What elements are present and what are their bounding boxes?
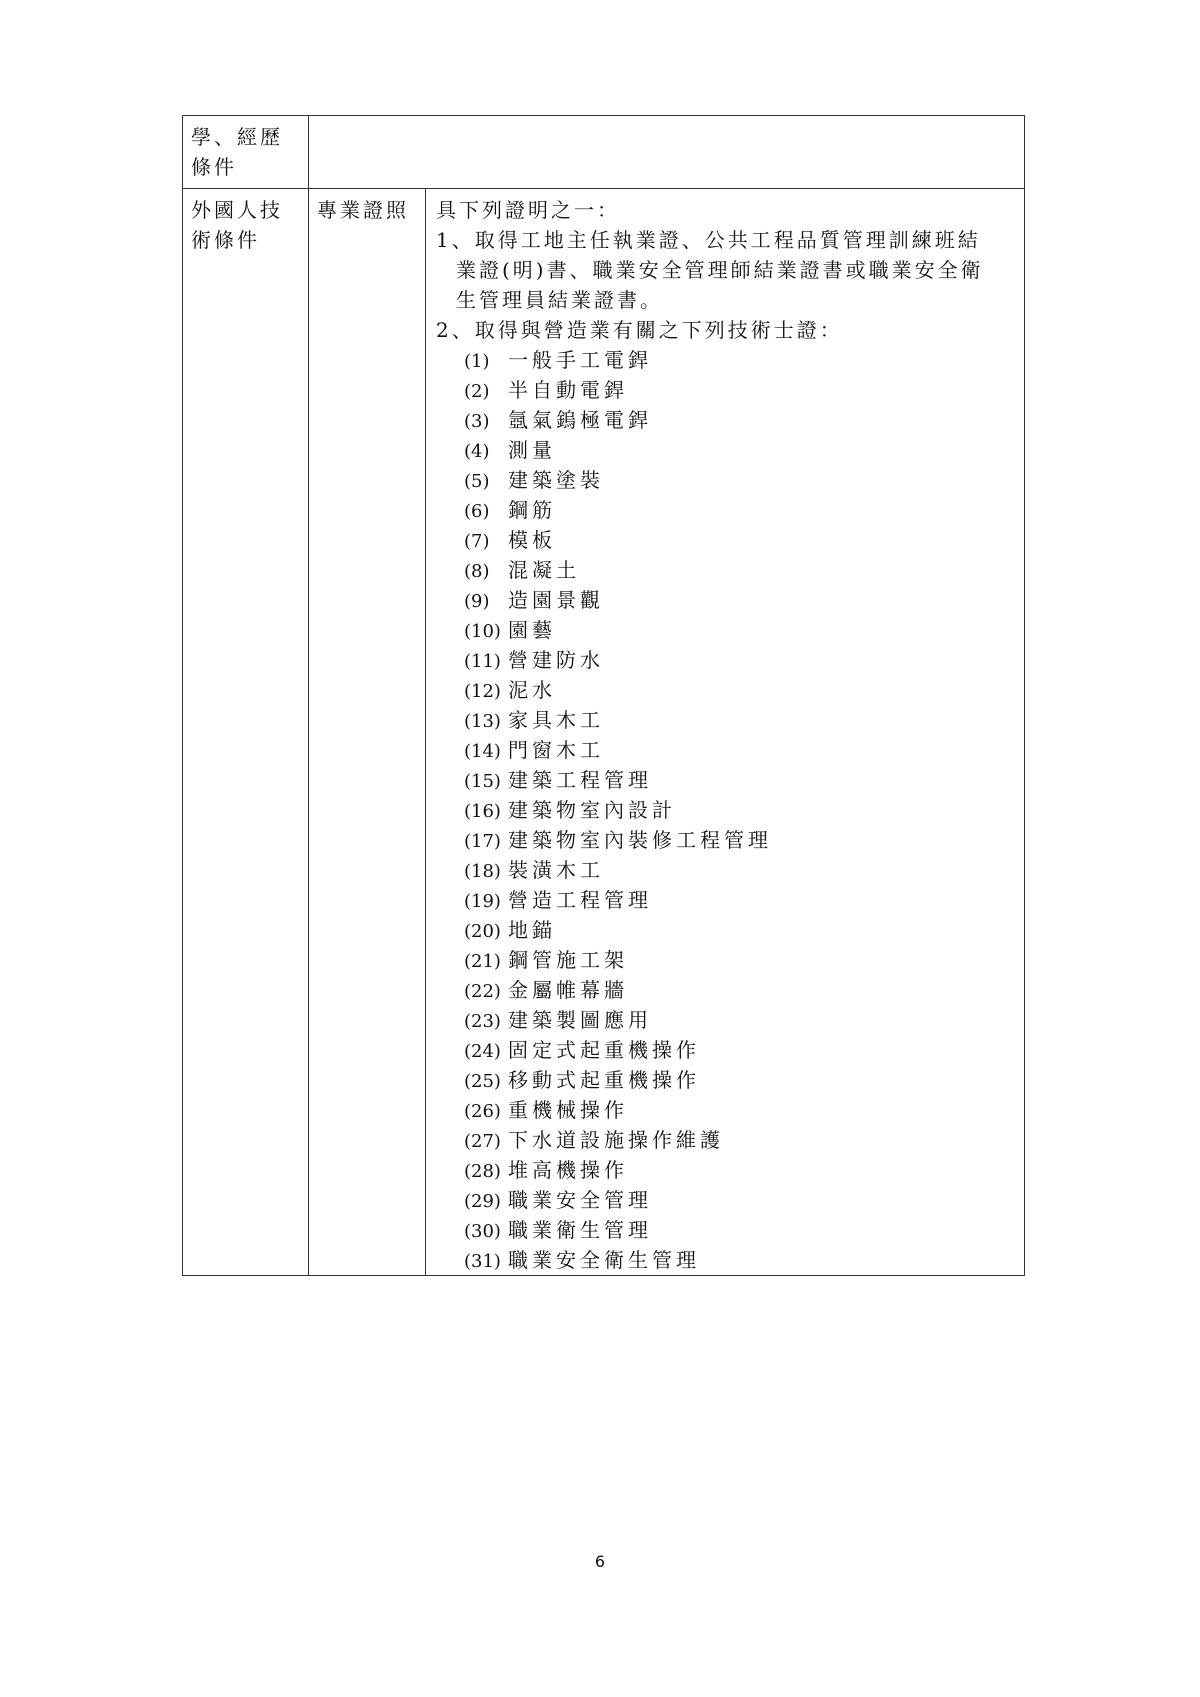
certificate-item: (28)堆高機操作	[464, 1155, 1016, 1185]
certificate-name: 泥水	[508, 678, 556, 702]
certificate-item: (29)職業安全管理	[464, 1185, 1016, 1215]
certificate-name: 職業衛生管理	[508, 1218, 652, 1242]
certificate-name: 建築物室內設計	[508, 798, 676, 822]
certificate-name: 測量	[508, 438, 556, 462]
certificate-number: (7)	[464, 527, 508, 557]
certificate-name: 半自動電銲	[508, 378, 628, 402]
certificate-list: (1)一般手工電銲(2)半自動電銲(3)氬氣鎢極電銲(4)測量(5)建築塗裝(6…	[432, 345, 1016, 1275]
certificate-number: (26)	[464, 1097, 508, 1127]
certificate-number: (19)	[464, 887, 508, 917]
certificate-item: (24)固定式起重機操作	[464, 1035, 1016, 1065]
certificate-number: (18)	[464, 857, 508, 887]
certificate-item: (27)下水道設施操作維護	[464, 1125, 1016, 1155]
certificate-name: 造園景觀	[508, 588, 604, 612]
certificate-item: (14)門窗木工	[464, 735, 1016, 765]
certificate-number: (31)	[464, 1247, 508, 1277]
certificate-name: 模板	[508, 528, 556, 552]
table-row: 外國人技 術條件 專業證照 具下列證明之一： 1、取得工地主任執業證、公共工程品…	[183, 189, 1025, 1276]
certificate-item: (15)建築工程管理	[464, 765, 1016, 795]
certificate-name: 金屬帷幕牆	[508, 978, 628, 1002]
certificate-item: (5)建築塗裝	[464, 465, 1016, 495]
certificate-item: (7)模板	[464, 525, 1016, 555]
certificate-item: (23)建築製圖應用	[464, 1005, 1016, 1035]
certificate-name: 家具木工	[508, 708, 604, 732]
certificate-name: 鋼筋	[508, 498, 556, 522]
certificate-item: (19)營造工程管理	[464, 885, 1016, 915]
requirement-item-1: 1、取得工地主任執業證、公共工程品質管理訓練班結 業證(明)書、職業安全管理師結…	[432, 225, 1016, 315]
professional-license-label-cell: 專業證照	[309, 189, 426, 1276]
certificate-name: 建築塗裝	[508, 468, 604, 492]
requirement-item-2: 2、取得與營造業有關之下列技術士證：	[432, 315, 1016, 345]
education-experience-label-cell: 學、經歷 條件	[183, 116, 309, 189]
certificate-name: 氬氣鎢極電銲	[508, 408, 652, 432]
certificate-name: 建築工程管理	[508, 768, 652, 792]
certificate-number: (11)	[464, 647, 508, 677]
certificate-number: (6)	[464, 497, 508, 527]
education-experience-content-cell	[309, 116, 1025, 189]
certificate-item: (18)裝潢木工	[464, 855, 1016, 885]
certificate-name: 建築物室內裝修工程管理	[508, 828, 772, 852]
certificate-number: (29)	[464, 1187, 508, 1217]
certificate-number: (4)	[464, 437, 508, 467]
label-line: 學、經歷	[191, 122, 300, 152]
certificate-name: 下水道設施操作維護	[508, 1128, 724, 1152]
certificate-name: 門窗木工	[508, 738, 604, 762]
certificate-name: 混凝土	[508, 558, 580, 582]
page-number: 6	[0, 1552, 1200, 1571]
certificate-item: (26)重機械操作	[464, 1095, 1016, 1125]
document-page: 學、經歷 條件 外國人技 術條件 專業證照 具下列證明之一： 1、取	[0, 0, 1200, 1697]
certificate-number: (2)	[464, 377, 508, 407]
certificate-name: 固定式起重機操作	[508, 1038, 700, 1062]
certificate-item: (20)地錨	[464, 915, 1016, 945]
certificate-name: 鋼管施工架	[508, 948, 628, 972]
certificate-item: (6)鋼筋	[464, 495, 1016, 525]
certificate-number: (13)	[464, 707, 508, 737]
certificate-number: (9)	[464, 587, 508, 617]
requirements-table: 學、經歷 條件 外國人技 術條件 專業證照 具下列證明之一： 1、取	[182, 115, 1025, 1276]
certificate-item: (11)營建防水	[464, 645, 1016, 675]
certificate-name: 營建防水	[508, 648, 604, 672]
certificate-name: 建築製圖應用	[508, 1008, 652, 1032]
certificate-number: (28)	[464, 1157, 508, 1187]
certificate-item: (8)混凝土	[464, 555, 1016, 585]
certificate-number: (24)	[464, 1037, 508, 1067]
certificate-number: (14)	[464, 737, 508, 767]
certificate-number: (17)	[464, 827, 508, 857]
certificate-item: (30)職業衛生管理	[464, 1215, 1016, 1245]
certificate-item: (17)建築物室內裝修工程管理	[464, 825, 1016, 855]
certificate-name: 一般手工電銲	[508, 348, 652, 372]
certificate-name: 職業安全衛生管理	[508, 1248, 700, 1272]
requirement-item-1-line: 生管理員結業證書。	[436, 285, 1016, 315]
certificate-item: (16)建築物室內設計	[464, 795, 1016, 825]
requirement-item-1-line: 1、取得工地主任執業證、公共工程品質管理訓練班結	[436, 225, 1016, 255]
certificate-item: (3)氬氣鎢極電銲	[464, 405, 1016, 435]
certificate-number: (10)	[464, 617, 508, 647]
certificate-number: (3)	[464, 407, 508, 437]
certificate-number: (22)	[464, 977, 508, 1007]
certificate-number: (20)	[464, 917, 508, 947]
certificate-name: 營造工程管理	[508, 888, 652, 912]
certificate-name: 地錨	[508, 918, 556, 942]
certificate-number: (12)	[464, 677, 508, 707]
certificate-item: (1)一般手工電銲	[464, 345, 1016, 375]
certificate-item: (25)移動式起重機操作	[464, 1065, 1016, 1095]
certificate-item: (22)金屬帷幕牆	[464, 975, 1016, 1005]
certificate-item: (9)造園景觀	[464, 585, 1016, 615]
certificate-item: (2)半自動電銲	[464, 375, 1016, 405]
certificate-name: 堆高機操作	[508, 1158, 628, 1182]
certificate-number: (15)	[464, 767, 508, 797]
intro-text: 具下列證明之一：	[432, 195, 1016, 225]
certificate-item: (31)職業安全衛生管理	[464, 1245, 1016, 1275]
label-line: 術條件	[191, 225, 300, 255]
certificate-name: 裝潢木工	[508, 858, 604, 882]
professional-license-label: 專業證照	[309, 189, 425, 227]
certificate-item: (10)園藝	[464, 615, 1016, 645]
certificate-number: (23)	[464, 1007, 508, 1037]
certificate-name: 園藝	[508, 618, 556, 642]
table-row: 學、經歷 條件	[183, 116, 1025, 189]
certificate-item: (13)家具木工	[464, 705, 1016, 735]
certificate-name: 移動式起重機操作	[508, 1068, 700, 1092]
certificate-number: (5)	[464, 467, 508, 497]
certificate-name: 重機械操作	[508, 1098, 628, 1122]
certificate-number: (27)	[464, 1127, 508, 1157]
certificate-number: (21)	[464, 947, 508, 977]
requirement-item-1-line: 業證(明)書、職業安全管理師結業證書或職業安全衛	[436, 255, 1016, 285]
label-line: 外國人技	[191, 195, 300, 225]
certificate-number: (25)	[464, 1067, 508, 1097]
professional-license-content-cell: 具下列證明之一： 1、取得工地主任執業證、公共工程品質管理訓練班結 業證(明)書…	[426, 189, 1025, 1276]
certificate-number: (8)	[464, 557, 508, 587]
certificate-item: (4)測量	[464, 435, 1016, 465]
certificate-number: (16)	[464, 797, 508, 827]
technical-requirements-label-cell: 外國人技 術條件	[183, 189, 309, 1276]
certificate-name: 職業安全管理	[508, 1188, 652, 1212]
label-line: 條件	[191, 152, 300, 182]
certificate-number: (1)	[464, 347, 508, 377]
certificate-number: (30)	[464, 1217, 508, 1247]
certificate-item: (21)鋼管施工架	[464, 945, 1016, 975]
certificate-item: (12)泥水	[464, 675, 1016, 705]
